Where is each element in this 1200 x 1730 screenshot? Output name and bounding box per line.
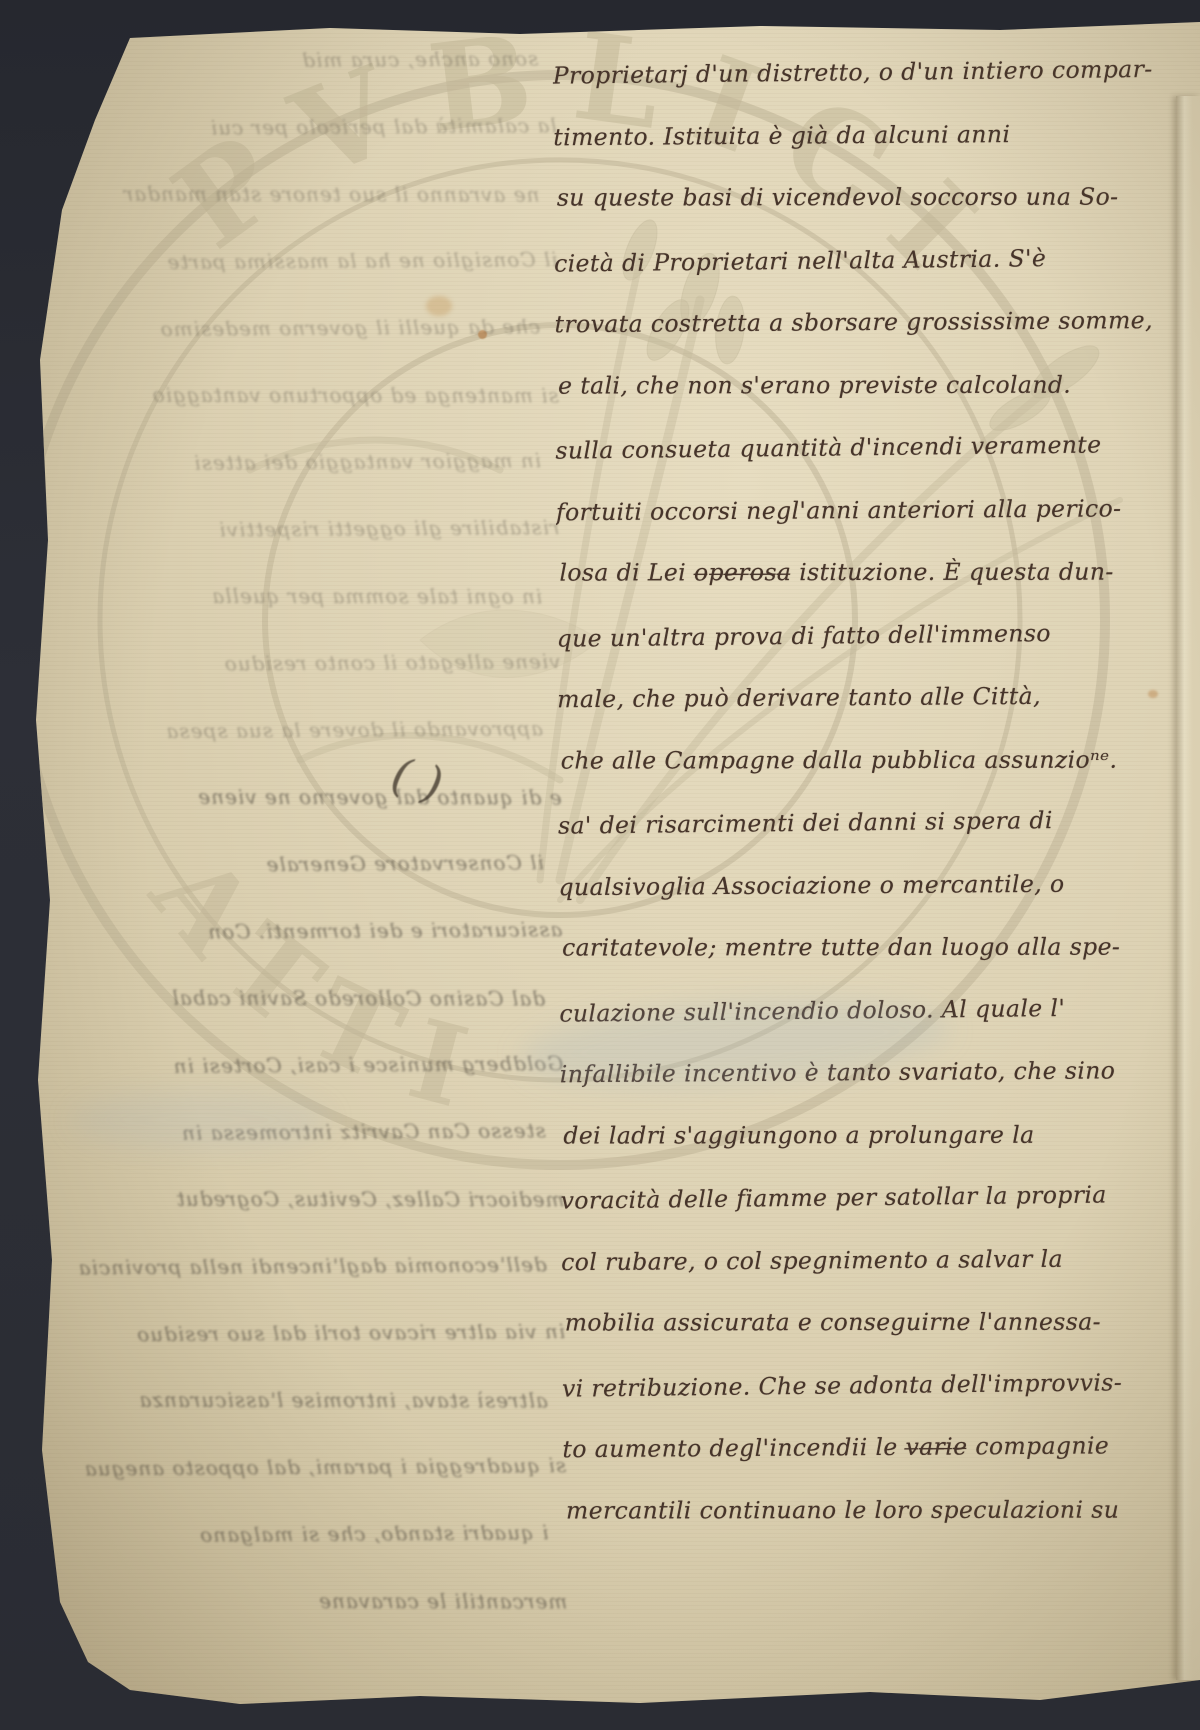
manuscript-page: PVBLICI ATTI sono anche, cura midla cala… — [0, 0, 1200, 1730]
photo-backdrop: PVBLICI ATTI sono anche, cura midla cala… — [0, 0, 1200, 1730]
paper-vignette — [0, 0, 1200, 1730]
